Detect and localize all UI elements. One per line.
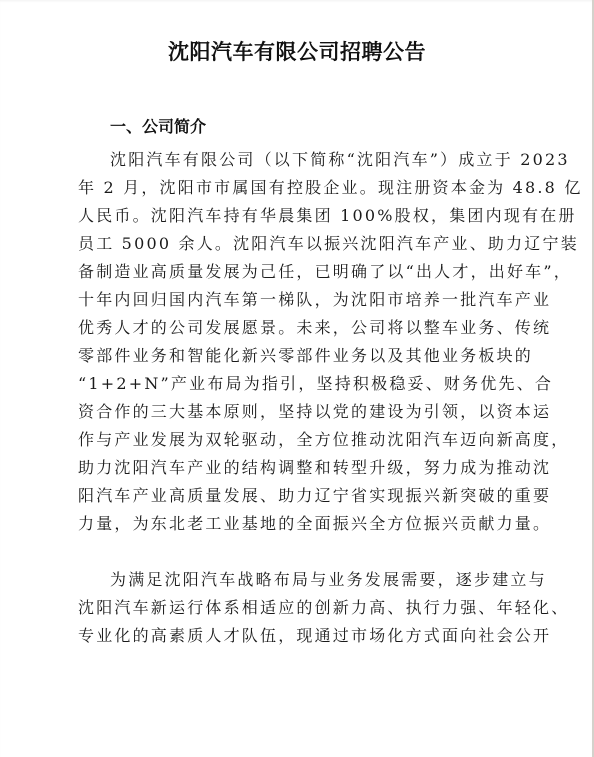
text-line: 为满足沈阳汽车战略布局与业务发展需要，逐步建立与 (78, 566, 520, 594)
text-line: 年 2 月，沈阳市市属国有控股企业。现注册资本金为 48.8 亿 (78, 174, 520, 202)
text-line: 阳汽车产业高质量发展、助力辽宁省实现振兴新突破的重要 (78, 482, 520, 510)
text-line: 力量，为东北老工业基地的全面振兴全方位振兴贡献力量。 (78, 510, 520, 538)
text-line: 资合作的三大基本原则，坚持以党的建设为引领，以资本运 (78, 398, 520, 426)
text-line: 十年内回归国内汽车第一梯队，为沈阳市培养一批汽车产业 (78, 286, 520, 314)
text-line: 作与产业发展为双轮驱动，全方位推动沈阳汽车迈向新高度， (78, 426, 520, 454)
document-page: 沈阳汽车有限公司招聘公告 一、公司简介 沈阳汽车有限公司（以下简称“沈阳汽车”）… (0, 0, 594, 757)
text-line: 零部件业务和智能化新兴零部件业务以及其他业务板块的 (78, 342, 520, 370)
text-line: 员工 5000 余人。沈阳汽车以振兴沈阳汽车产业、助力辽宁装 (78, 230, 520, 258)
section-heading-company-intro: 一、公司简介 (110, 114, 206, 137)
text-line: 助力沈阳汽车产业的结构调整和转型升级，努力成为推动沈 (78, 454, 520, 482)
text-line: 沈阳汽车有限公司（以下简称“沈阳汽车”）成立于 2023 (78, 146, 520, 174)
text-line: “1+2+N”产业布局为指引，坚持积极稳妥、财务优先、合 (78, 370, 520, 398)
document-title: 沈阳汽车有限公司招聘公告 (0, 36, 594, 66)
paragraph-company-intro: 沈阳汽车有限公司（以下简称“沈阳汽车”）成立于 2023 年 2 月，沈阳市市属… (78, 146, 520, 538)
text-line: 备制造业高质量发展为己任，已明确了以“出人才，出好车”， (78, 258, 520, 286)
text-line: 人民币。沈阳汽车持有华晨集团 100%股权，集团内现有在册 (78, 202, 520, 230)
text-line: 专业化的高素质人才队伍，现通过市场化方式面向社会公开 (78, 622, 520, 650)
text-line: 优秀人才的公司发展愿景。未来，公司将以整车业务、传统 (78, 314, 520, 342)
paragraph-recruitment-purpose: 为满足沈阳汽车战略布局与业务发展需要，逐步建立与 沈阳汽车新运行体系相适应的创新… (78, 566, 520, 650)
text-line: 沈阳汽车新运行体系相适应的创新力高、执行力强、年轻化、 (78, 594, 520, 622)
